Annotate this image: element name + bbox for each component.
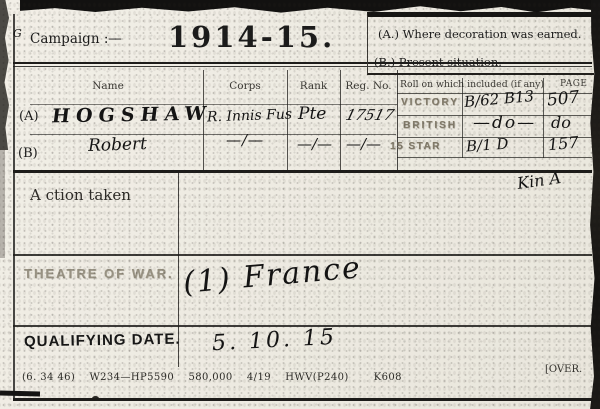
col-header-rank: Rank	[287, 80, 340, 92]
divider-roll-page	[543, 78, 544, 158]
medal-page-15-star: 157	[547, 133, 579, 155]
divider-medal-row-3	[397, 157, 592, 158]
col-header-corps: Corps	[203, 80, 287, 92]
campaign-label: Campaign :—	[30, 31, 122, 47]
footer-print-code: (6. 34 46) W234—HP5590 580,000 4/19 HWV(…	[22, 372, 402, 383]
medal-page-victory: 507	[546, 87, 580, 110]
scan-edge-left	[0, 0, 9, 150]
over-note: [OVER.	[545, 364, 582, 375]
row-a-reg-no: 17517	[344, 106, 396, 124]
campaign-value: 1914-15.	[168, 20, 335, 54]
row-a-rank: Pte	[298, 104, 326, 124]
row-b-corps-ditto: —/—	[226, 131, 264, 149]
col-header-name: Name	[13, 80, 203, 92]
row-a-corps: R. Innis Fus	[207, 107, 293, 126]
divider-row-a	[30, 134, 396, 135]
scan-mark-bottom-left	[0, 390, 40, 396]
medal-label-15-star: 15 STAR	[390, 141, 441, 152]
divider-medal-roll	[462, 78, 463, 158]
note-line-a: (A.) Where decoration was earned.	[378, 27, 581, 41]
row-b-rank-ditto: —/—	[297, 135, 332, 153]
card-bottom-border	[13, 398, 592, 401]
action-taken-label: A ction taken	[30, 186, 131, 204]
divider-regno-medals	[397, 70, 398, 171]
row-b-label: (B)	[18, 146, 38, 161]
divider-heavy	[13, 170, 592, 173]
row-a-label: (A)	[19, 109, 39, 124]
qualifying-date-label: QUALIFYING DATE.	[24, 331, 181, 351]
medal-label-victory: VICTORY	[401, 97, 459, 108]
medal-roll-15-star: B/1 D	[465, 135, 509, 156]
medal-roll-victory: B/62 B13	[463, 87, 534, 111]
medal-page-british: do	[551, 113, 571, 132]
scan-edge-left-faint	[0, 148, 5, 258]
note-line-b: (B.) Present situation.	[374, 55, 502, 69]
margin-mark: G	[13, 27, 22, 40]
notes-box: (A.) Where decoration was earned. (B.) P…	[367, 12, 594, 75]
card-left-border	[13, 14, 15, 400]
qualifying-date-value: 5. 10. 15	[211, 325, 337, 357]
medal-label-british: BRITISH	[403, 120, 457, 131]
theatre-of-war-value: (1) France	[182, 250, 363, 300]
row-b-forename: Robert	[88, 134, 148, 156]
medal-roll-british: —do—	[473, 113, 536, 133]
row-b-reg-ditto: —/—	[346, 135, 381, 153]
theatre-of-war-label: THEATRE OF WAR.	[24, 266, 174, 281]
row-a-surname: HOGSHAW	[50, 103, 213, 128]
medal-index-card: G Campaign :— 1914-15. (A.) Where decora…	[0, 0, 600, 409]
col-header-reg-no: Reg. No.	[340, 80, 397, 92]
